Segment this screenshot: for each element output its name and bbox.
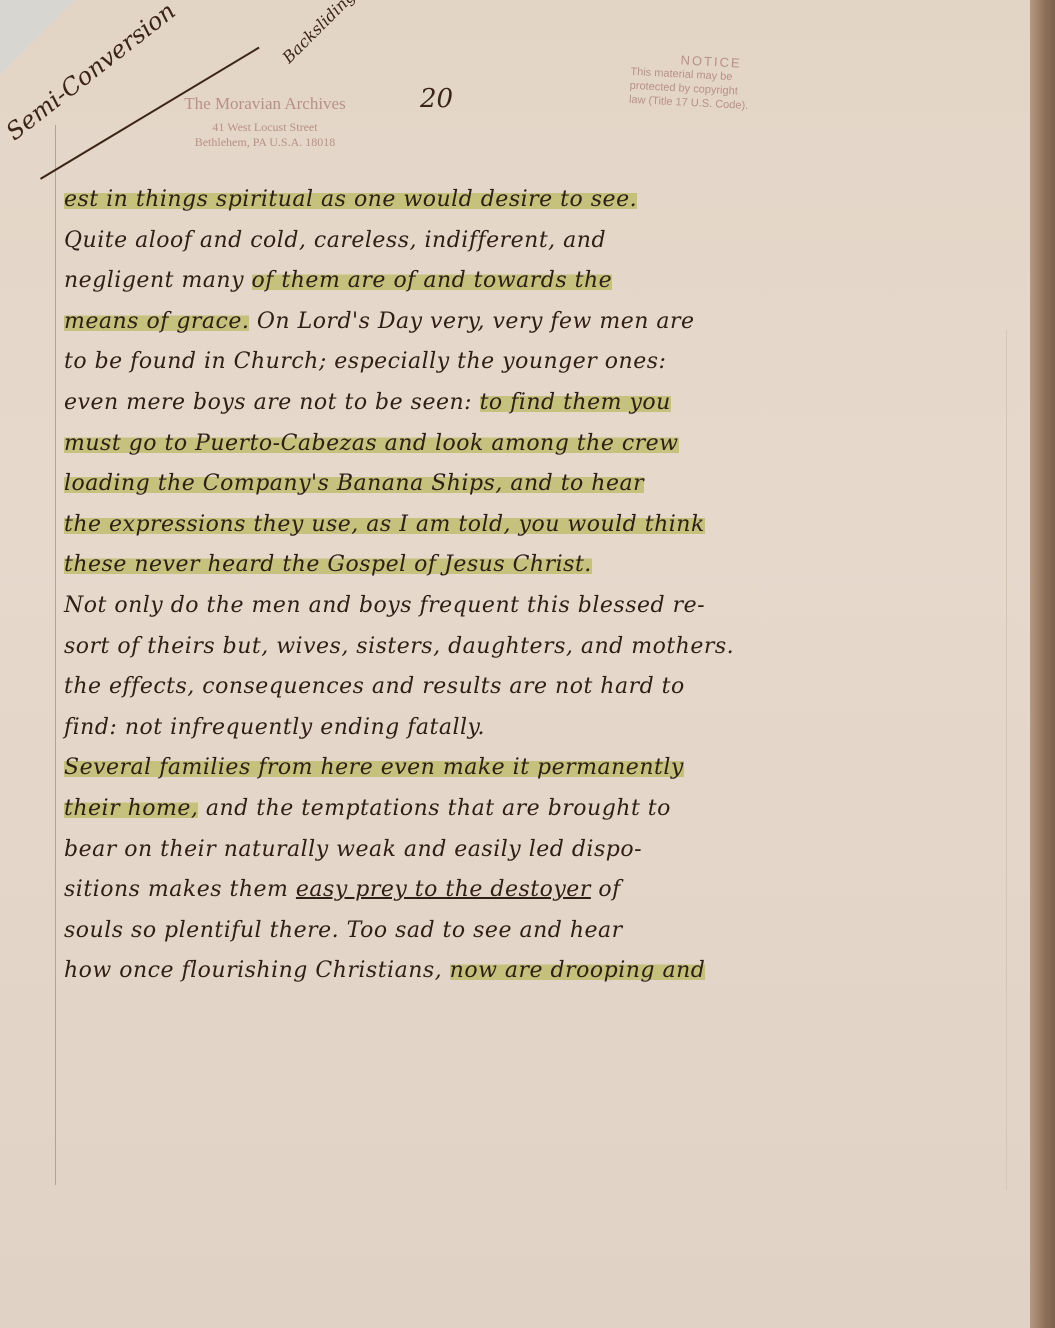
archive-street: 41 West Locust Street [155,120,375,135]
text-line: Quite aloof and cold, careless, indiffer… [64,221,1004,262]
text-line: Not only do the men and boys frequent th… [64,586,1004,627]
left-margin-rule [55,125,56,1185]
text-segment: negligent many [64,268,252,293]
highlighted-text: of them are of and towards the [252,268,613,293]
highlighted-text: these never heard the Gospel of Jesus Ch… [64,552,592,577]
text-segment: On Lord's Day very, very few men are [249,309,694,334]
archive-city: Bethlehem, PA U.S.A. 18018 [155,135,375,150]
text-segment: Not only do the men and boys frequent th… [64,593,705,618]
page-number: 20 [420,84,453,114]
text-segment: to be found in Church; especially the yo… [64,349,666,374]
text-line: their home, and the temptations that are… [64,789,1004,830]
text-segment: find: not infrequently ending fatally. [64,715,485,740]
text-line: negligent many of them are of and toward… [64,261,1004,302]
text-line: Several families from here even make it … [64,748,1004,789]
text-line: sitions makes them easy prey to the dest… [64,870,1004,911]
text-segment: of [591,877,621,902]
text-line: find: not infrequently ending fatally. [64,708,1004,749]
text-segment: the effects, consequences and results ar… [64,674,685,699]
text-line: the expressions they use, as I am told, … [64,505,1004,546]
text-segment: Quite aloof and cold, careless, indiffer… [64,228,606,253]
text-line: bear on their naturally weak and easily … [64,830,1004,871]
right-margin-rule [1006,330,1007,1190]
folded-corner [0,0,75,75]
page-edge-shadow [1030,0,1055,1328]
highlighted-text: their home, [64,796,198,821]
text-line: the effects, consequences and results ar… [64,667,1004,708]
highlighted-text: loading the Company's Banana Ships, and … [64,471,644,496]
text-line: souls so plentiful there. Too sad to see… [64,911,1004,952]
annotation-backsliding: Backsliding [279,0,359,67]
highlighted-text: means of grace. [64,309,249,334]
text-segment: sort of theirs but, wives, sisters, daug… [64,634,734,659]
text-segment: bear on their naturally weak and easily … [64,837,642,862]
text-segment: how once flourishing Christians, [64,958,450,983]
text-line: est in things spiritual as one would des… [64,180,1004,221]
highlighted-text: now are drooping and [450,958,706,983]
text-line: how once flourishing Christians, now are… [64,951,1004,992]
archive-name: The Moravian Archives [155,94,375,114]
underlined-text: easy prey to the destoyer [296,877,591,902]
text-line: must go to Puerto-Cabezas and look among… [64,424,1004,465]
text-segment: even mere boys are not to be seen: [64,390,480,415]
text-segment: sitions makes them [64,877,296,902]
highlighted-text: est in things spiritual as one would des… [64,187,637,212]
text-segment: and the temptations that are brought to [198,796,671,821]
highlighted-text: must go to Puerto-Cabezas and look among… [64,431,679,456]
text-line: even mere boys are not to be seen: to fi… [64,383,1004,424]
highlighted-text: to find them you [480,390,671,415]
text-line: these never heard the Gospel of Jesus Ch… [64,545,1004,586]
text-line: to be found in Church; especially the yo… [64,342,1004,383]
handwritten-body: est in things spiritual as one would des… [64,180,1004,992]
copyright-notice-stamp: NOTICE This material may be protected by… [629,50,792,115]
text-line: means of grace. On Lord's Day very, very… [64,302,1004,343]
text-line: sort of theirs but, wives, sisters, daug… [64,627,1004,668]
document-page: Semi-Conversion Backsliding The Moravian… [0,0,1030,1328]
highlighted-text: the expressions they use, as I am told, … [64,512,705,537]
text-line: loading the Company's Banana Ships, and … [64,464,1004,505]
archive-stamp: The Moravian Archives 41 West Locust Str… [155,94,375,150]
highlighted-text: Several families from here even make it … [64,755,684,780]
text-segment: souls so plentiful there. Too sad to see… [64,918,623,943]
